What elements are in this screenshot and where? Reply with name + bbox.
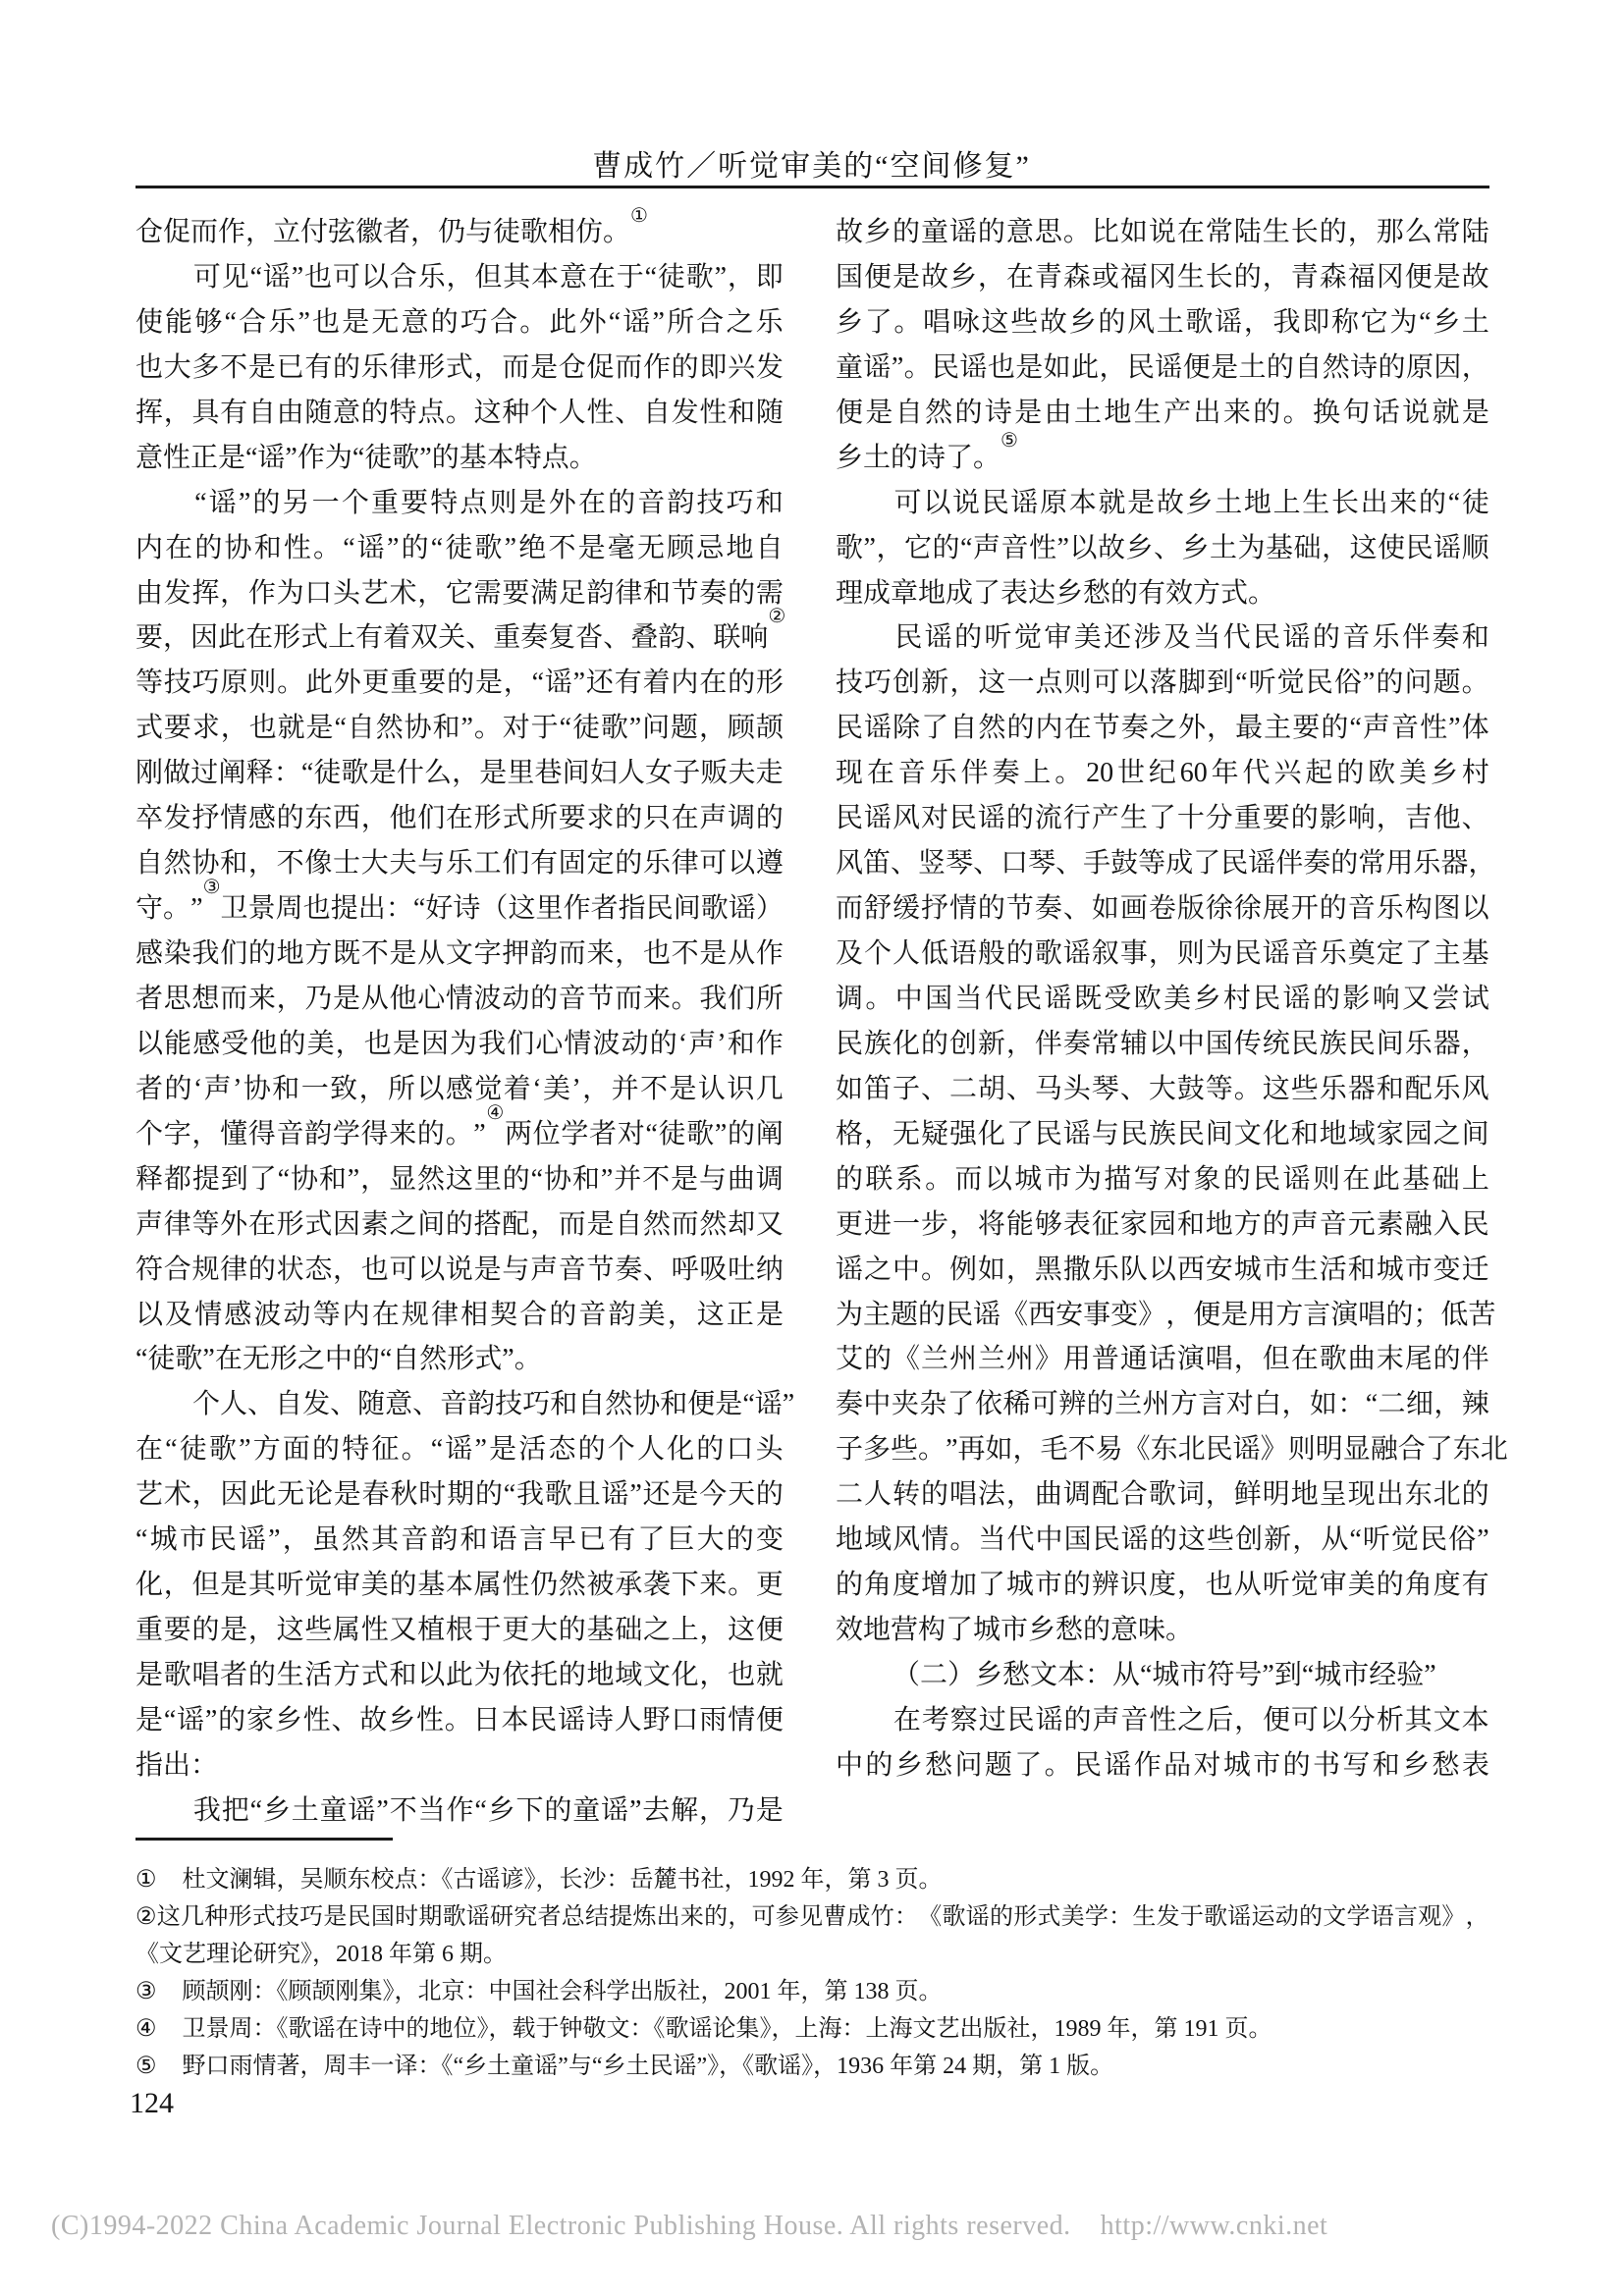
glyph: 意: [560, 255, 587, 300]
glyph: 吐: [728, 1248, 755, 1293]
glyph: “: [431, 526, 443, 571]
footnote-text: 卫景周：《歌谣在诗中的地位》，载于钟敬文：《歌谣论集》，上海：上海文艺出版社，1…: [183, 2016, 1272, 2042]
glyph: 一: [1006, 661, 1034, 706]
glyph: 听: [1249, 661, 1276, 706]
text-line: 等技巧原则。此外更重要的是，“谣”还有着内在的形: [135, 661, 784, 706]
text-line: 地域风情。当代中国民谣的这些创新，从“听觉民俗”: [836, 1518, 1489, 1563]
glyph: ”: [629, 1472, 641, 1518]
glyph: 于: [474, 1608, 502, 1653]
glyph: 么: [1405, 210, 1433, 255]
glyph: 谣: [349, 1789, 376, 1834]
glyph: 性: [303, 1698, 331, 1743]
glyph: 征: [371, 1427, 399, 1472]
glyph: 期: [447, 1472, 474, 1518]
glyph: 些: [1010, 300, 1038, 346]
glyph: 咏: [952, 300, 980, 346]
glyph: 谣: [1215, 300, 1242, 346]
glyph: 但: [191, 1563, 219, 1608]
glyph: 术: [389, 571, 416, 616]
glyph: “: [164, 1698, 176, 1743]
glyph: ，: [949, 661, 977, 706]
text-line: 故乡的童谣的意思。比如说在常陆生长的，那么常陆: [836, 210, 1489, 255]
glyph: 声: [688, 1022, 716, 1067]
glyph: 为: [1389, 300, 1417, 346]
glyph: 的: [1064, 1698, 1092, 1743]
glyph: 欧: [1368, 751, 1395, 796]
glyph: 间: [563, 751, 590, 796]
glyph: 本: [1462, 1698, 1489, 1743]
glyph: 鼓: [1110, 841, 1138, 886]
text-line: 二人转的唱法，曲调配合歌词，鲜明地呈现出东北的: [836, 1472, 1489, 1518]
text-line: 使能够“合乐”也是无意的巧合。此外“谣”所合之乐: [135, 300, 784, 346]
glyph: 活: [1320, 1248, 1347, 1293]
glyph: 语: [1371, 1898, 1394, 1936]
glyph: 是: [479, 751, 507, 796]
glyph: 够: [194, 300, 222, 346]
glyph: 雨: [699, 1698, 727, 1743]
glyph: 的: [361, 391, 389, 436]
glyph: 原: [220, 661, 247, 706]
glyph: 。: [1063, 210, 1091, 255]
glyph: 技: [164, 661, 191, 706]
glyph: 和: [550, 1382, 577, 1427]
glyph: 谣: [1104, 1743, 1131, 1789]
glyph: 然: [164, 841, 191, 886]
glyph: 是: [220, 1563, 247, 1608]
text-line: 更进一步，将能够表征家园和地方的声音元素融入民: [836, 1202, 1489, 1248]
glyph: 的: [1299, 1898, 1323, 1936]
glyph: 常: [1434, 210, 1461, 255]
glyph: 节: [1093, 706, 1120, 751]
text-line: 可以说民谣原本就是故乡土地上生长出来的“徒: [836, 481, 1489, 526]
footnote-marker: ⑤: [135, 2048, 157, 2085]
glyph: 融: [1371, 1427, 1398, 1472]
glyph: 主: [1264, 706, 1291, 751]
glyph: 如: [1044, 346, 1071, 391]
glyph: 然: [925, 391, 952, 436]
glyph: 和: [1177, 1202, 1205, 1248]
glyph: 意: [333, 391, 360, 436]
glyph: 奏: [1035, 886, 1062, 932]
glyph: 创: [1235, 1518, 1263, 1563]
glyph: 从: [1321, 1518, 1348, 1563]
glyph: 民: [894, 615, 922, 661]
glyph: ”: [460, 706, 472, 751]
glyph: ，: [221, 706, 248, 751]
glyph: 、: [331, 1698, 358, 1743]
glyph: 此: [1071, 346, 1099, 391]
glyph: 大: [530, 1608, 558, 1653]
glyph: ”: [190, 886, 202, 932]
glyph: 歌: [545, 1472, 572, 1518]
glyph: ”: [1056, 526, 1068, 571]
glyph: 国: [371, 1898, 395, 1936]
glyph: 曲: [728, 1157, 755, 1202]
glyph: 乐: [361, 346, 389, 391]
glyph: 卒: [135, 796, 163, 841]
glyph: ，: [248, 841, 276, 886]
text-line: 子多些。”再如，毛不易《东北民谣》则明显融合了东北: [836, 1427, 1489, 1472]
glyph: 叙: [1092, 932, 1119, 977]
glyph: 在: [699, 661, 727, 706]
glyph: 这: [978, 661, 1005, 706]
text-line: 个人、自发、随意、音韵技巧和自然协和便是“谣”: [135, 1382, 784, 1427]
glyph: 是: [671, 1472, 698, 1518]
glyph: ，: [360, 1157, 388, 1202]
glyph: ，: [1434, 1382, 1461, 1427]
glyph: ，: [1165, 1293, 1193, 1338]
glyph: 形: [756, 661, 784, 706]
glyph: 沓: [575, 615, 603, 661]
glyph: 配: [1092, 1472, 1119, 1518]
glyph: 呈: [1320, 1472, 1347, 1518]
glyph: 的: [248, 932, 276, 977]
footnote: ③顾颉刚：《顾颉刚集》，北京：中国社会科学出版社，2001 年，第 138 页。: [135, 1973, 1489, 2010]
glyph: 便: [1183, 346, 1211, 391]
glyph: 毫: [608, 526, 635, 571]
glyph: 可: [1093, 661, 1120, 706]
glyph: 是: [389, 932, 416, 977]
glyph: 的: [252, 481, 280, 526]
glyph: 解: [671, 1789, 698, 1834]
glyph: ，: [504, 661, 531, 706]
glyph: 动: [283, 1293, 310, 1338]
glyph: 听: [1263, 1563, 1290, 1608]
glyph: 、: [603, 615, 630, 661]
glyph: 脚: [1178, 661, 1206, 706]
glyph: 成: [1165, 841, 1193, 886]
glyph: 描: [1104, 1157, 1131, 1202]
glyph: 是: [669, 1067, 696, 1112]
glyph: 用: [1248, 1293, 1275, 1338]
glyph: 村: [1223, 977, 1251, 1022]
glyph: 以: [361, 255, 389, 300]
glyph: 上: [1273, 481, 1301, 526]
glyph: 低: [921, 932, 948, 977]
glyph: 此: [549, 300, 576, 346]
glyph: 世: [1117, 751, 1145, 796]
glyph: 顺: [1462, 526, 1489, 571]
glyph: 式: [502, 796, 529, 841]
glyph: 者: [589, 1112, 617, 1157]
glyph: 则: [1288, 1427, 1316, 1472]
glyph: 术: [164, 1472, 191, 1518]
glyph: 乡: [949, 255, 977, 300]
glyph: 称: [1331, 300, 1359, 346]
glyph: 染: [164, 932, 191, 977]
glyph: 乐: [756, 300, 784, 346]
glyph: ”: [348, 1157, 359, 1202]
glyph: 多: [863, 1427, 891, 1472]
glyph: 的: [1462, 1472, 1489, 1518]
glyph: 方: [1275, 1293, 1303, 1338]
glyph: 话: [1149, 1337, 1176, 1382]
glyph: 协: [243, 1067, 271, 1112]
glyph: 作: [446, 1789, 473, 1834]
glyph: 无: [371, 300, 399, 346]
glyph: 自: [615, 1202, 642, 1248]
glyph: 谣: [466, 1898, 490, 1936]
glyph: 民: [1253, 977, 1280, 1022]
glyph: 更: [756, 1563, 784, 1608]
glyph: 是: [1014, 391, 1042, 436]
glyph: 景: [248, 886, 276, 932]
glyph: 间: [1462, 1112, 1489, 1157]
glyph: ，: [1348, 210, 1376, 255]
glyph: 东: [1405, 1472, 1433, 1518]
glyph: 不: [277, 841, 304, 886]
glyph: 的: [672, 346, 699, 391]
glyph: 性: [1029, 526, 1056, 571]
glyph: 够: [1035, 1202, 1062, 1248]
glyph: 此: [305, 661, 333, 706]
glyph: 就: [1433, 391, 1460, 436]
glyph: 下: [516, 1789, 544, 1834]
glyph: 有: [608, 1518, 635, 1563]
glyph: 可: [752, 1898, 776, 1936]
glyph: 着: [383, 615, 410, 661]
glyph: 可: [699, 841, 727, 886]
glyph: ，: [1099, 346, 1126, 391]
glyph: 见: [222, 255, 249, 300]
glyph: 节: [587, 977, 615, 1022]
glyph: 合: [390, 255, 417, 300]
glyph: 诗: [1350, 346, 1378, 391]
glyph: ”: [387, 526, 399, 571]
glyph: 是: [1127, 481, 1155, 526]
glyph: 步: [921, 1202, 948, 1248]
glyph: 苦: [1468, 1293, 1495, 1338]
glyph: 乐: [1434, 1067, 1461, 1112]
glyph: 谣: [1045, 977, 1072, 1022]
glyph: 创: [893, 661, 920, 706]
glyph: ，: [446, 255, 473, 300]
glyph: 角: [1405, 1563, 1433, 1608]
glyph: ：: [894, 1898, 918, 1936]
glyph: 西: [1177, 1248, 1205, 1293]
glyph: 以: [923, 481, 950, 526]
glyph: “: [1349, 706, 1361, 751]
glyph: 觉: [1014, 615, 1042, 661]
text-line: 谣之中。例如，黑撒乐队以西安城市生活和城市变迁: [836, 1248, 1489, 1293]
glyph: 从: [1234, 1563, 1262, 1608]
text-line: 挥，具有自由随意的特点。这种个人性、自发性和随: [135, 391, 784, 436]
glyph: 人: [615, 1698, 642, 1743]
glyph: 《: [893, 1337, 920, 1382]
text-line: 个字，懂得音韵学得来的。”④两位学者对“徒歌”的阐: [135, 1112, 784, 1157]
glyph: 是: [334, 1472, 361, 1518]
glyph: 园: [1405, 1112, 1433, 1157]
glyph: 技: [495, 1382, 522, 1427]
glyph: 的: [704, 1898, 728, 1936]
glyph: 的: [1234, 255, 1262, 300]
glyph: 感: [248, 796, 276, 841]
glyph: 协: [632, 1382, 660, 1427]
glyph: 再: [958, 1427, 986, 1472]
glyph: 故: [359, 1698, 387, 1743]
text-line: 刚做过阐释：“徒歌是什么，是里巷间妇人女子贩夫走: [135, 751, 784, 796]
glyph: 便: [756, 1608, 784, 1653]
glyph: 人: [559, 391, 586, 436]
glyph: 求: [192, 706, 220, 751]
glyph: 个: [342, 481, 369, 526]
glyph: 乐: [1405, 1022, 1433, 1067]
glyph: 、: [1154, 526, 1181, 571]
glyph: 卫: [221, 886, 248, 932]
glyph: 形: [1013, 1898, 1037, 1936]
glyph: 书: [1313, 1743, 1340, 1789]
glyph: 上: [1462, 1157, 1489, 1202]
glyph: 对: [921, 796, 948, 841]
glyph: “: [431, 1427, 443, 1472]
glyph: ”: [239, 481, 250, 526]
glyph: 民: [1127, 346, 1155, 391]
glyph: 的: [431, 300, 459, 346]
glyph: 白: [1254, 1382, 1281, 1427]
glyph: 生: [277, 1653, 304, 1698]
glyph: 生: [1120, 796, 1148, 841]
glyph: 重: [390, 661, 417, 706]
glyph: 。: [925, 1157, 952, 1202]
glyph: 。: [865, 977, 893, 1022]
glyph: 意: [402, 300, 429, 346]
glyph: 如: [978, 1248, 1005, 1293]
glyph: 出: [358, 886, 386, 932]
glyph: 村: [1462, 751, 1489, 796]
glyph: 方: [304, 932, 332, 977]
glyph: 外: [549, 481, 576, 526]
glyph: ”: [1477, 1518, 1488, 1563]
glyph: ”: [1448, 706, 1460, 751]
glyph: 使: [1378, 526, 1405, 571]
glyph: 谣: [1233, 1427, 1261, 1472]
glyph: 东: [1453, 1427, 1481, 1472]
glyph: ，: [699, 1608, 727, 1653]
glyph: 具: [191, 391, 219, 436]
glyph: 意: [1006, 210, 1034, 255]
glyph: 徒: [180, 1427, 207, 1472]
glyph: 更: [836, 1202, 863, 1248]
glyph: 内: [1036, 706, 1063, 751]
glyph: 也: [643, 932, 671, 977]
glyph: 调: [728, 796, 755, 841]
glyph: 觉: [304, 1563, 332, 1608]
glyph: 后: [1206, 1698, 1233, 1743]
glyph: 在: [1291, 1337, 1319, 1382]
glyph: 态: [304, 1248, 332, 1293]
glyph: 参: [776, 1898, 799, 1936]
glyph: ，: [1207, 706, 1234, 751]
glyph: 、: [1063, 886, 1091, 932]
glyph: 音: [1120, 1698, 1148, 1743]
glyph: 奏: [1432, 615, 1459, 661]
glyph: 徒: [658, 255, 685, 300]
glyph: 他: [389, 977, 416, 1022]
glyph: 符: [135, 1248, 163, 1293]
glyph: 了: [1426, 1427, 1453, 1472]
glyph: 乐: [268, 300, 296, 346]
glyph: 期: [418, 1898, 442, 1936]
glyph: 文: [446, 932, 473, 977]
glyph: 作: [756, 932, 784, 977]
glyph: 歌: [1204, 1898, 1227, 1936]
glyph: 的: [615, 796, 642, 841]
glyph: 巧: [192, 661, 220, 706]
glyph: 谣: [1063, 932, 1091, 977]
glyph: ：: [274, 751, 301, 796]
glyph: “: [742, 1382, 754, 1427]
glyph: 的: [1063, 1563, 1091, 1608]
glyph: 把: [222, 1789, 249, 1834]
glyph: 年: [1212, 751, 1239, 796]
glyph: 也: [312, 300, 340, 346]
glyph: 但: [474, 255, 502, 300]
glyph: 故: [921, 255, 948, 300]
glyph: ，: [164, 391, 191, 436]
glyph: 固: [559, 841, 586, 886]
glyph: 了: [1149, 796, 1176, 841]
glyph: ”: [298, 300, 309, 346]
glyph: 愁: [925, 1743, 952, 1789]
glyph: 歌: [686, 255, 714, 300]
glyph: 律: [389, 346, 416, 391]
glyph: 、: [412, 1382, 440, 1427]
glyph: ”: [475, 1427, 487, 1472]
glyph: 60: [1180, 751, 1208, 796]
glyph: 土: [1210, 526, 1237, 571]
glyph: 主: [863, 1293, 891, 1338]
glyph: 了: [947, 1382, 975, 1427]
glyph: 谣: [978, 796, 1005, 841]
glyph: ，: [1206, 1472, 1233, 1518]
glyph: 受: [1104, 977, 1131, 1022]
glyph: 的: [475, 1472, 503, 1518]
glyph: 或: [1092, 255, 1119, 300]
glyph: 为: [474, 1653, 502, 1698]
glyph: 式: [446, 346, 473, 391]
glyph: 的: [389, 1563, 416, 1608]
glyph: 大: [361, 841, 389, 886]
glyph: 《: [1001, 1293, 1028, 1338]
glyph: 民: [529, 1698, 557, 1743]
text-line: 的角度增加了城市的辨识度，也从听觉审美的角度有: [836, 1563, 1489, 1608]
glyph: 歌: [701, 886, 729, 932]
glyph: 内: [671, 661, 698, 706]
paragraph-indent: [135, 1789, 192, 1834]
glyph: 是: [306, 706, 334, 751]
glyph: 虽: [312, 1518, 340, 1563]
glyph: 奏: [1303, 841, 1330, 886]
glyph: 是: [333, 977, 360, 1022]
glyph: 可: [1031, 1382, 1058, 1427]
glyph: 辨: [1058, 1382, 1086, 1427]
footnote-text: 杜文澜辑，吴顺东校点：《古谣谚》，长沙：岳麓书社，1992 年，第 3 页。: [183, 1867, 943, 1893]
glyph: 文: [1434, 1698, 1461, 1743]
glyph: 韵: [467, 1382, 495, 1427]
text-line: 歌”，它的“声音性”以故乡、乡土为基础，这使民谣顺: [836, 526, 1489, 571]
glyph: 阐: [218, 751, 245, 796]
text-line: 要，因此在形式上有着双关、重奏复沓、叠韵、联响②: [135, 615, 784, 661]
glyph: 状: [277, 1248, 304, 1293]
glyph: 则: [490, 481, 517, 526]
glyph: 黑: [1035, 1248, 1062, 1293]
glyph: 考: [922, 1698, 949, 1743]
glyph: 生: [1132, 1898, 1156, 1936]
glyph: 便: [1263, 1698, 1290, 1743]
glyph: 国: [925, 977, 952, 1022]
glyph: 民: [348, 1898, 371, 1936]
glyph: 乡: [1069, 300, 1097, 346]
